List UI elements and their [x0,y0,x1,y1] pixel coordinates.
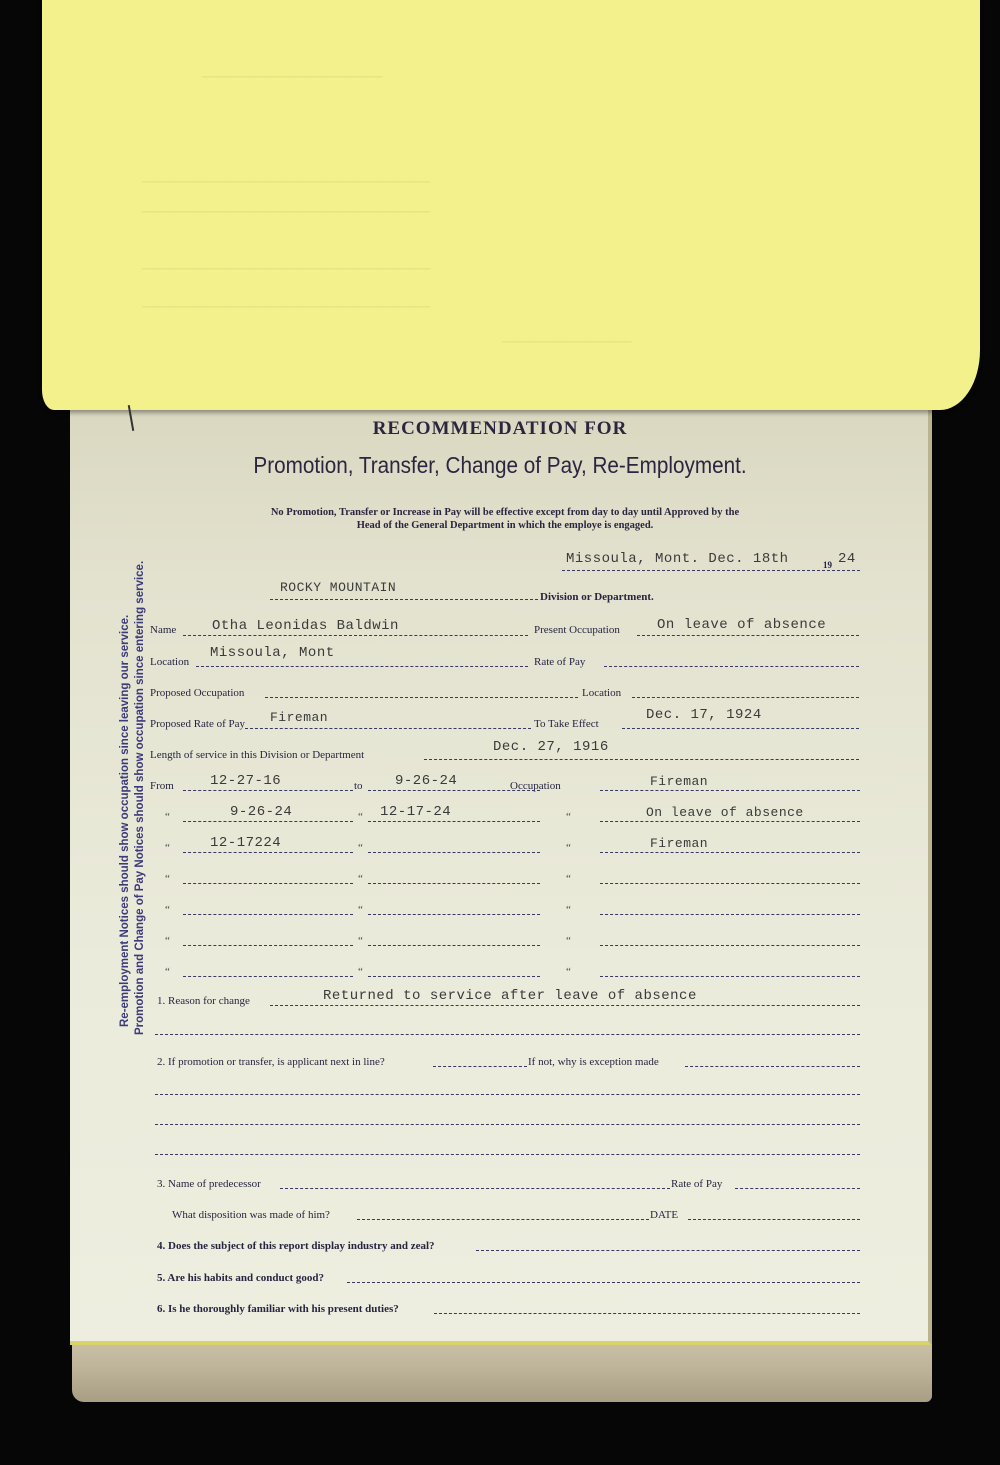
q1-label: 1. Reason for change [157,995,250,1007]
ditto-mark: “ [358,873,363,885]
ditto-mark: “ [165,904,170,916]
proposed-rate-value[interactable]: Fireman [270,710,328,725]
occupation-line[interactable] [600,790,860,791]
history-to-value[interactable]: 12-17-24 [380,804,451,820]
from-line[interactable] [183,976,353,977]
date-line [562,570,860,571]
history-from-value[interactable]: 12-17224 [210,835,281,851]
location2-line[interactable] [632,697,859,698]
bleed-through-text: ———————————————————————————————————————— [142,205,430,219]
ditto-mark: “ [165,842,170,854]
notice-line-2: Head of the General Department in which … [180,519,830,532]
q4-line[interactable] [476,1250,860,1251]
q3-label: 3. Name of predecessor [157,1178,261,1190]
to-take-effect-label: To Take Effect [534,718,599,730]
from-line[interactable] [183,914,353,915]
from-line[interactable] [183,852,353,853]
bleed-through-text: —————————————————— [502,335,632,349]
from-line[interactable] [183,883,353,884]
year-suffix-value[interactable]: 24 [838,551,856,567]
to-line[interactable] [368,852,540,853]
occupation-line[interactable] [600,945,860,946]
history-occupation-value[interactable]: On leave of absence [646,805,804,820]
name-value[interactable]: Otha Leonidas Baldwin [212,618,399,634]
to-line[interactable] [368,914,540,915]
q6-line[interactable] [434,1313,860,1314]
ditto-mark: “ [566,811,571,823]
q4-label: 4. Does the subject of this report displ… [157,1240,435,1252]
q1-line-2[interactable] [155,1034,860,1035]
bleed-through-text: ————————————————————————— [202,70,382,84]
ditto-mark: “ [165,873,170,885]
ditto-mark: “ [566,966,571,978]
from-line[interactable] [183,790,353,791]
division-label: Division or Department. [540,591,654,603]
location-value[interactable]: Missoula, Mont [210,645,335,661]
length-of-service-line [424,759,859,760]
occupation-line[interactable] [600,821,860,822]
name-line [183,635,528,636]
ditto-mark: “ [165,935,170,947]
from-line[interactable] [183,945,353,946]
occupation-line[interactable] [600,883,860,884]
location-line [196,666,528,667]
q5-line[interactable] [347,1282,860,1283]
ditto-mark: “ [165,811,170,823]
q3-rate-label: Rate of Pay [671,1178,722,1190]
history-to-value[interactable]: 9-26-24 [395,773,457,789]
q2-line-4[interactable] [155,1154,860,1155]
reason-for-change-value[interactable]: Returned to service after leave of absen… [323,988,697,1004]
to-line[interactable] [368,976,540,977]
ditto-mark: “ [358,935,363,947]
proposed-occupation-label: Proposed Occupation [150,687,244,699]
q2b-line[interactable] [685,1066,860,1067]
to-line[interactable] [368,945,540,946]
to-line[interactable] [368,790,540,791]
side-instruction-2: Promotion and Change of Pay Notices shou… [133,515,148,1035]
location2-label: Location [582,687,621,699]
location-label: Location [150,656,189,668]
to-take-effect-value[interactable]: Dec. 17, 1924 [646,707,762,723]
occupation-line[interactable] [600,914,860,915]
ditto-mark: “ [165,966,170,978]
year-prefix: 19 [823,560,832,570]
to-line[interactable] [368,821,540,822]
notice-line-1: No Promotion, Transfer or Increase in Pa… [180,506,830,519]
place-date-value[interactable]: Missoula, Mont. Dec. 18th [566,551,789,567]
present-occupation-label: Present Occupation [534,624,620,636]
q3b-label: What disposition was made of him? [172,1209,330,1221]
bleed-through-text: ———————————————————————————————————————— [142,300,430,314]
form-title: RECOMMENDATION FOR [0,418,1000,440]
side-instruction-1: Re-employment Notices should show occupa… [118,515,133,1035]
history-from-value[interactable]: 9-26-24 [230,804,292,820]
yellow-carbon-sheet: ————————————————————————— ——————————————… [42,0,980,410]
division-line [270,599,538,600]
q3-rate-line[interactable] [735,1188,860,1189]
occupation-line[interactable] [600,976,860,977]
proposed-rate-line [245,728,531,729]
from-label: From [150,780,174,792]
rate-of-pay-line[interactable] [604,666,859,667]
present-occupation-value[interactable]: On leave of absence [657,617,826,633]
division-value[interactable]: ROCKY MOUNTAIN [280,580,396,595]
q2-line[interactable] [433,1066,527,1067]
q2-line-2[interactable] [155,1094,860,1095]
bleed-through-text: ———————————————————————————————————————— [142,262,430,276]
to-label: to [354,780,363,792]
ditto-mark: “ [566,873,571,885]
history-from-value[interactable]: 12-27-16 [210,773,281,789]
ditto-mark: “ [566,935,571,947]
ditto-mark: “ [358,811,363,823]
ditto-mark: “ [566,842,571,854]
occupation-line[interactable] [600,852,860,853]
q3-date-line[interactable] [688,1219,860,1220]
side-instructions: Re-employment Notices should show occupa… [118,515,148,1035]
present-occupation-line [637,635,859,636]
to-line[interactable] [368,883,540,884]
ditto-mark: “ [358,904,363,916]
q3-date-label: DATE [650,1209,678,1221]
name-label: Name [150,624,176,636]
q2-label: 2. If promotion or transfer, is applican… [157,1056,385,1068]
form-notice: No Promotion, Transfer or Increase in Pa… [180,506,830,532]
q6-label: 6. Is he thoroughly familiar with his pr… [157,1303,399,1315]
form-page [70,395,932,1345]
length-of-service-label: Length of service in this Division or De… [150,749,364,761]
proposed-rate-label: Proposed Rate of Pay [150,718,245,730]
q1-line [270,1005,860,1006]
to-take-effect-line [622,728,859,729]
q2b-label: If not, why is exception made [528,1056,659,1068]
q5-label: 5. Are his habits and conduct good? [157,1272,324,1284]
ditto-mark: “ [358,842,363,854]
proposed-occupation-line[interactable] [265,697,578,698]
rate-of-pay-label: Rate of Pay [534,656,585,668]
bleed-through-text: ———————————————————————————————————————— [142,175,430,189]
ditto-mark: “ [566,904,571,916]
from-line[interactable] [183,821,353,822]
history-occupation-value[interactable]: Fireman [650,836,708,851]
form-subtitle: Promotion, Transfer, Change of Pay, Re-E… [50,452,950,479]
ditto-mark: “ [358,966,363,978]
length-of-service-value[interactable]: Dec. 27, 1916 [493,739,609,755]
q3b-line[interactable] [357,1219,649,1220]
history-occupation-value[interactable]: Fireman [650,774,708,789]
q3-line[interactable] [280,1188,670,1189]
q2-line-3[interactable] [155,1124,860,1125]
